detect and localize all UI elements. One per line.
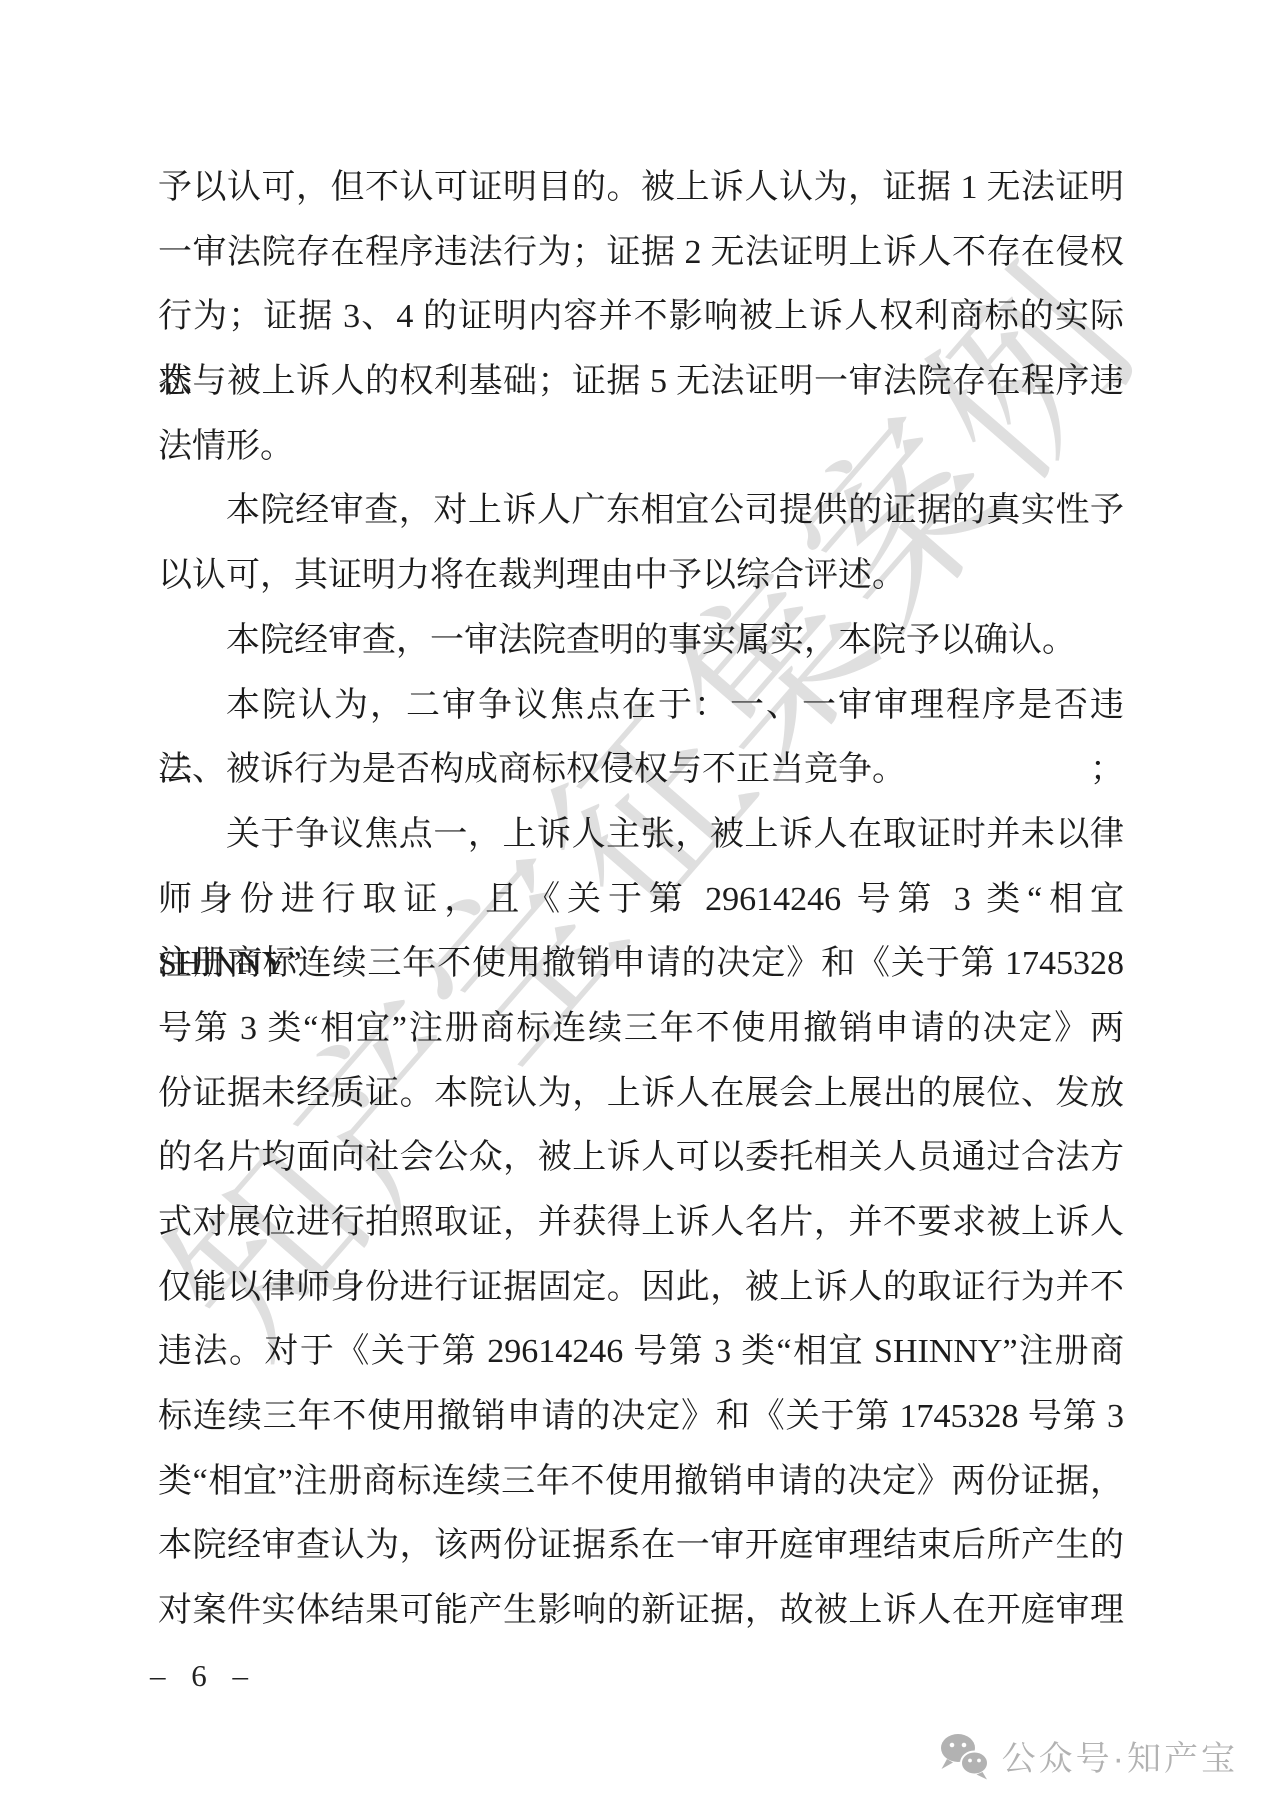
text-line: 式对展位进行拍照取证，并获得上诉人名片，并不要求被上诉人 (158, 1191, 1124, 1256)
text-line: 的名片均面向社会公众，被上诉人可以委托相关人员通过合法方 (158, 1126, 1124, 1191)
text-line: 本院经审查，对上诉人广东相宜公司提供的证据的真实性予 (158, 479, 1124, 544)
text-line: 本院经审查，一审法院查明的事实属实，本院予以确认。 (158, 609, 1124, 674)
text-line: 标连续三年不使用撤销申请的决定》和《关于第 1745328 号第 3 (158, 1385, 1124, 1450)
wechat-icon (938, 1732, 990, 1780)
text-line: 本院认为，二审争议焦点在于：一、一审审理程序是否违法； (158, 674, 1124, 739)
text-line: 态与被上诉人的权利基础；证据 5 无法证明一审法院存在程序违 (158, 350, 1124, 415)
text-line: 仅能以律师身份进行证据固定。因此，被上诉人的取证行为并不 (158, 1256, 1124, 1321)
text-line: 注册商标连续三年不使用撤销申请的决定》和《关于第 1745328 (158, 932, 1124, 997)
text-line: 违法。对于《关于第 29614246 号第 3 类“相宜 SHINNY”注册商 (158, 1320, 1124, 1385)
footer-brand-label: 公众号·知产宝 (1002, 1731, 1238, 1780)
document-page: 知产宝征集案例 予以认可，但不认可证明目的。被上诉人认为，证据 1 无法证明一审… (0, 0, 1280, 1810)
text-line: 以认可，其证明力将在裁判理由中予以综合评述。 (158, 544, 1124, 609)
text-line: 类“相宜”注册商标连续三年不使用撤销申请的决定》两份证据， (158, 1450, 1124, 1515)
document-body: 予以认可，但不认可证明目的。被上诉人认为，证据 1 无法证明一审法院存在程序违法… (158, 156, 1124, 1644)
page-number: – 6 – (150, 1658, 257, 1694)
text-line: 一审法院存在程序违法行为；证据 2 无法证明上诉人不存在侵权 (158, 221, 1124, 286)
footer-brand: 公众号·知产宝 (938, 1731, 1238, 1780)
text-line: 予以认可，但不认可证明目的。被上诉人认为，证据 1 无法证明 (158, 156, 1124, 221)
text-line: 号第 3 类“相宜”注册商标连续三年不使用撤销申请的决定》两 (158, 997, 1124, 1062)
text-line: 对案件实体结果可能产生影响的新证据，故被上诉人在开庭审理 (158, 1579, 1124, 1644)
text-line: 本院经审查认为，该两份证据系在一审开庭审理结束后所产生的 (158, 1514, 1124, 1579)
text-line: 法情形。 (158, 415, 1124, 480)
text-line: 关于争议焦点一，上诉人主张，被上诉人在取证时并未以律 (158, 803, 1124, 868)
text-line: 师身份进行取证，且《关于第 29614246 号第 3 类“相宜 SHINNY” (158, 868, 1124, 933)
text-line: 份证据未经质证。本院认为，上诉人在展会上展出的展位、发放 (158, 1062, 1124, 1127)
text-line: 行为；证据 3、4 的证明内容并不影响被上诉人权利商标的实际状 (158, 285, 1124, 350)
